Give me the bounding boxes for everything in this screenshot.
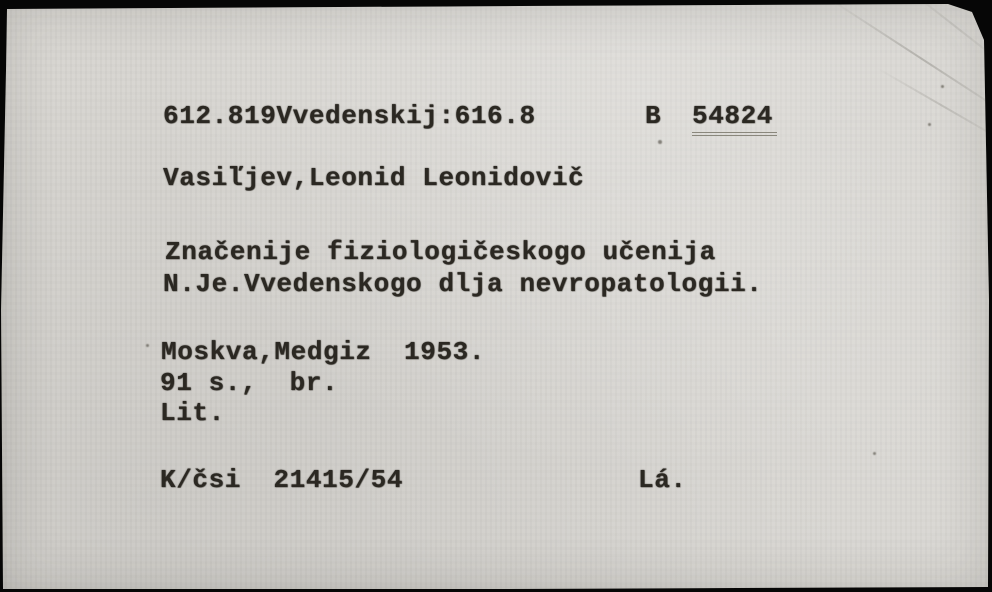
author-name: Vasiľjev,Leonid Leonidovič [163,163,584,193]
ink-speck [941,85,944,88]
accession-number: K/čsi 21415/54 [160,465,403,495]
classification-number: 612.819Vvedenskij:616.8 [163,101,536,131]
paper-crease [908,0,992,65]
paper-crease [829,0,992,120]
scanned-catalog-card: 612.819Vvedenskij:616.8 B 54824 Vasiľjev… [0,0,992,592]
title-line-1: Značenije fiziologičeskogo učenija [165,237,716,267]
ink-speck [658,140,662,144]
ink-speck [873,452,876,455]
catalog-card-paper: 612.819Vvedenskij:616.8 B 54824 Vasiľjev… [0,0,992,592]
imprint-line: Moskva,Medgiz 1953. [161,337,485,367]
shelf-letter: B [645,101,661,131]
ink-speck [928,123,931,126]
note-line: Lit. [160,398,225,428]
shelf-number: 54824 [692,101,777,136]
collation-line: 91 s., br. [160,368,338,398]
title-line-2: N.Je.Vvedenskogo dlja nevropatologii. [163,269,763,299]
cataloguer-initials: Lá. [638,465,687,495]
ink-speck [146,344,149,347]
paper-crease [876,67,992,144]
